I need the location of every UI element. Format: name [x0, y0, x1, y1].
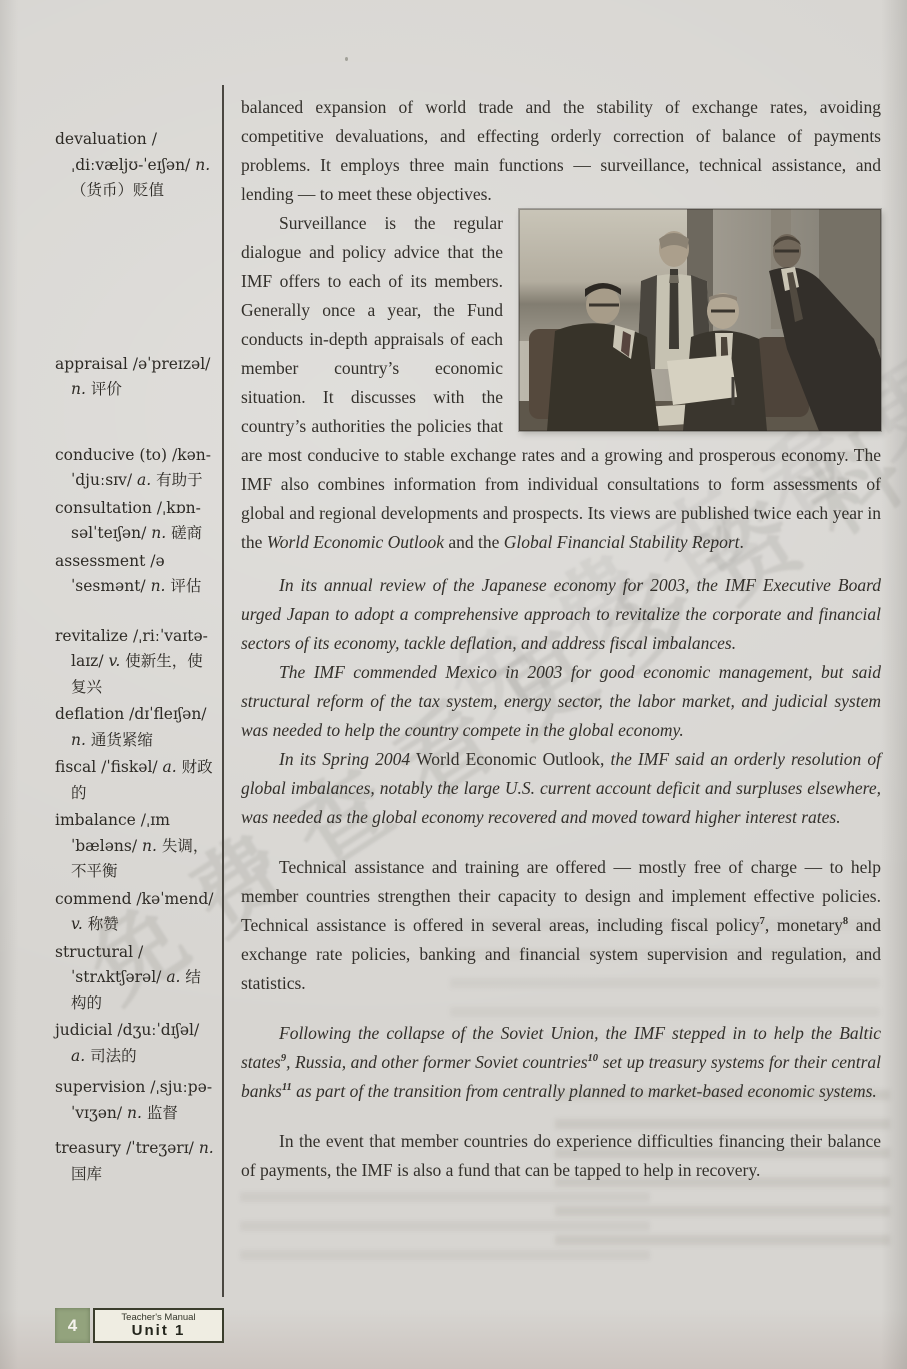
vocab-entry-consultation: consultation /ˌkɒn-səlˈteɪʃən/ n. 磋商: [55, 496, 215, 547]
vocab-entry-supervision: supervision /ˌsjuːpə-ˈvɪʒən/ n. 监督: [55, 1075, 215, 1126]
quote-mexico-2003: The IMF commended Mexico in 2003 for goo…: [241, 658, 881, 745]
vocab-entry-treasury: treasury /ˈtreʒərɪ/ n. 国库: [55, 1136, 215, 1187]
vocab-entry-appraisal: appraisal /əˈpreɪzəl/ n. 评价: [55, 352, 215, 403]
page-number-badge: 4: [55, 1308, 90, 1343]
page-content: devaluation /ˌdiːvæljʊ-ˈeɪʃən/ n. （货币）贬值…: [0, 85, 907, 1297]
unit-label-box: Teacher's Manual Unit 1: [93, 1308, 224, 1343]
para-technical-assistance: Technical assistance and training are of…: [241, 853, 881, 998]
quote-outlook-2004: In its Spring 2004 World Economic Outloo…: [241, 745, 881, 832]
vocab-entry-imbalance: imbalance /ˌɪmˈbæləns/ n. 失调，不平衡: [55, 808, 215, 885]
vocab-entry-judicial: judicial /dʒuːˈdɪʃəl/ a. 司法的: [55, 1018, 215, 1069]
unit-label: Unit 1: [132, 1323, 186, 1339]
quote-soviet-union: Following the collapse of the Soviet Uni…: [241, 1019, 881, 1106]
vocab-entry-devaluation: devaluation /ˌdiːvæljʊ-ˈeɪʃən/ n. （货币）贬值: [55, 127, 215, 204]
scanned-textbook-page: 免费查看更多资料 免费查看更多资料 devaluation /ˌdiːvæljʊ…: [0, 0, 907, 1369]
para-surveillance: Surveillance is the regular dialogue and…: [241, 209, 881, 557]
vocab-entry-commend: commend /kəˈmend/ v. 称赞: [55, 887, 215, 938]
main-text-column: balanced expansion of world trade and th…: [222, 85, 907, 1297]
quote-japan-2003: In its annual review of the Japanese eco…: [241, 571, 881, 658]
imf-meeting-photo: [519, 209, 881, 431]
vocab-entry-structural: structural /ˈstrʌktʃərəl/ a. 结构的: [55, 940, 215, 1017]
para-financing-recovery: In the event that member countries do ex…: [241, 1127, 881, 1185]
para-balanced-expansion: balanced expansion of world trade and th…: [241, 93, 881, 209]
vocab-entry-conducive: conducive (to) /kən-ˈdjuːsɪv/ a. 有助于: [55, 443, 215, 494]
scan-speck: [345, 57, 348, 61]
vocab-entry-deflation: deflation /dɪˈfleɪʃən/ n. 通货紧缩: [55, 702, 215, 753]
vocab-entry-fiscal: fiscal /ˈfiskəl/ a. 财政的: [55, 755, 215, 806]
page-footer: 4 Teacher's Manual Unit 1: [55, 1308, 224, 1343]
vocab-entry-assessment: assessment /əˈsesmənt/ n. 评估: [55, 549, 215, 600]
vocab-entry-revitalize: revitalize /ˌriːˈvaɪtə-laɪz/ v. 使新生，使复兴: [55, 624, 215, 701]
vocabulary-sidebar: devaluation /ˌdiːvæljʊ-ˈeɪʃən/ n. （货币）贬值…: [0, 85, 222, 1297]
